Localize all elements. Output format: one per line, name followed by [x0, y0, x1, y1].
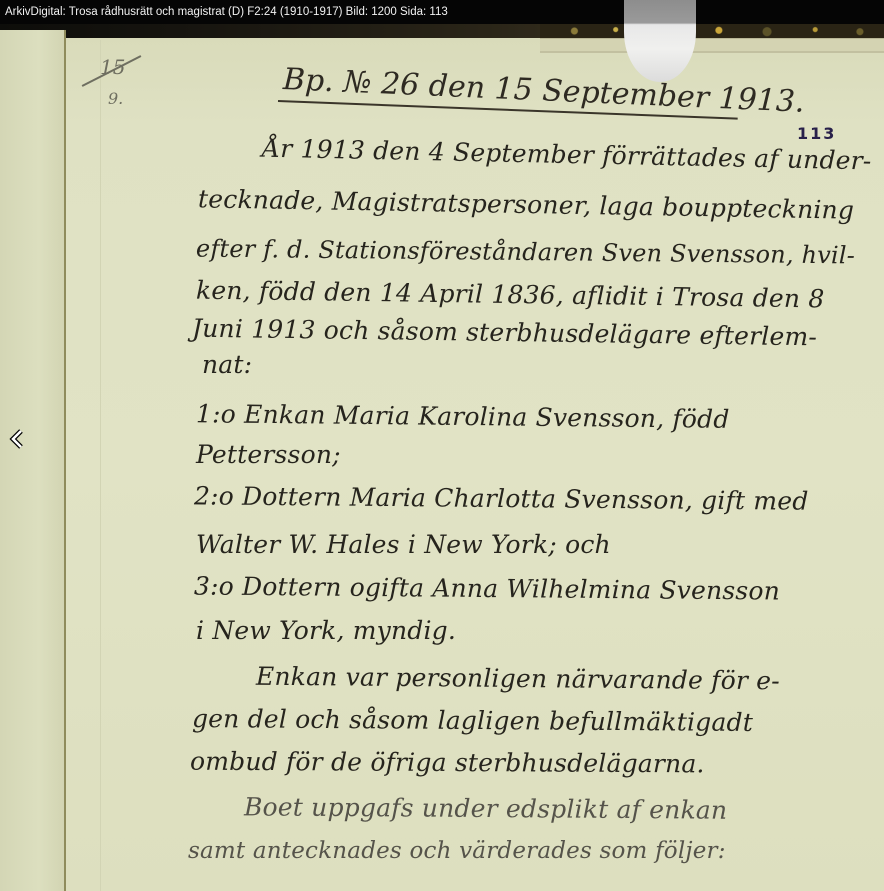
book-gutter: [64, 30, 66, 891]
margin-rule: [100, 40, 101, 891]
text-line: nat:: [202, 350, 252, 379]
margin-note: 15 9.: [80, 55, 150, 115]
heir-line: 1:o Enkan Maria Karolina Svensson, född: [196, 399, 730, 434]
marbled-cover-edge: [540, 24, 884, 38]
heir-line: 2:o Dottern Maria Charlotta Svensson, gi…: [194, 481, 809, 515]
text-line: samt antecknades och värderades som följ…: [188, 838, 726, 864]
text-line: Boet uppgafs under edsplikt af enkan: [244, 792, 727, 824]
heir-line: i New York, myndig.: [196, 616, 456, 645]
page-top-edges: [540, 38, 884, 53]
heir-line: Pettersson;: [196, 440, 341, 469]
window-title: ArkivDigital: Trosa rådhusrätt och magis…: [0, 0, 884, 24]
heir-line: 3:o Dottern ogifta Anna Wilhelmina Svens…: [194, 571, 780, 605]
chevron-left-icon: [9, 428, 25, 450]
left-page: [0, 30, 65, 891]
text-line: ombud för de öfriga sterbhusdelägarna.: [190, 747, 705, 779]
previous-image-button[interactable]: [6, 426, 28, 452]
margin-note-denominator: 9.: [108, 89, 123, 108]
text-line: Enkan var personligen närvarande för e-: [256, 662, 780, 696]
page-number-stamp: 113: [797, 124, 836, 143]
text-line: gen del och såsom lagligen befullmäktiga…: [192, 704, 753, 737]
heir-line: Walter W. Hales i New York; och: [196, 530, 611, 559]
